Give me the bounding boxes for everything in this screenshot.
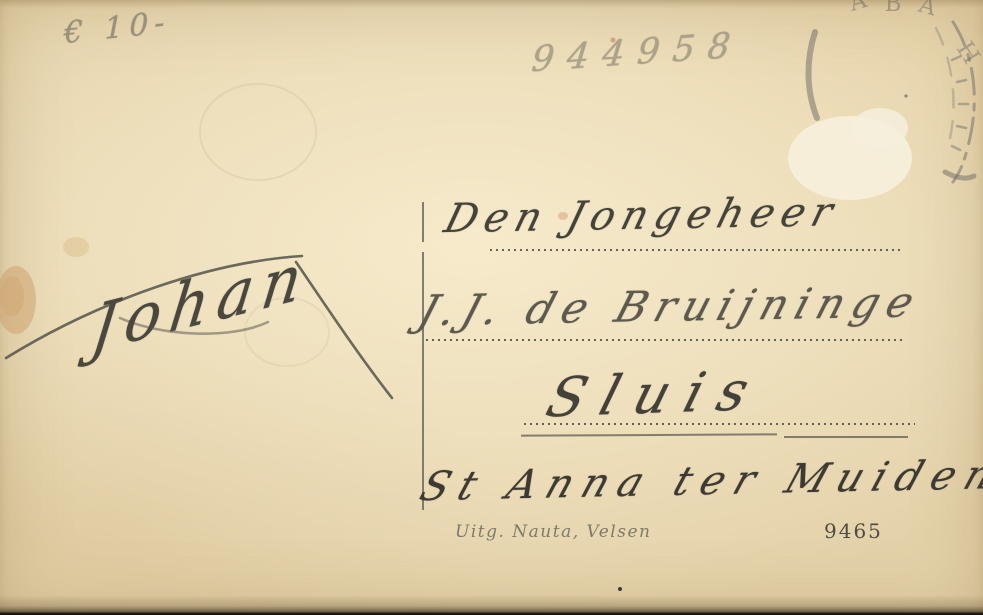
postmark-stamp: ABA H — [760, 0, 983, 215]
address-dotted-rule — [426, 339, 906, 341]
address-line-recipient-title: Den Jongeheer — [440, 189, 845, 242]
address-divider-line — [422, 252, 424, 510]
postcard-back: ABA H € 10- 944958 Johan Den Jongeheer J… — [0, 0, 983, 615]
card-series-number: 9465 — [824, 519, 883, 543]
town-underline — [784, 436, 908, 438]
publisher-imprint: Uitg. Nauta, Velsen — [455, 522, 651, 542]
address-divider-line — [422, 202, 424, 242]
dealer-price-note: € 10- — [64, 5, 170, 51]
postmark-letter-right: H — [951, 36, 983, 69]
address-line-recipient-name: J.J. de Bruijninge — [413, 277, 928, 335]
collection-number: 944958 — [530, 25, 745, 80]
scan-edge-bottom — [0, 595, 983, 615]
stamp-removed-patch — [788, 108, 912, 200]
signature-johan: Johan — [87, 236, 315, 368]
address-dotted-rule — [490, 249, 903, 251]
town-underline — [521, 433, 777, 436]
scan-edge-top — [0, 0, 983, 8]
address-dotted-rule — [524, 423, 915, 425]
address-line-village: St Anna ter Muiden — [414, 452, 983, 510]
address-line-town: Sluis — [540, 359, 772, 430]
